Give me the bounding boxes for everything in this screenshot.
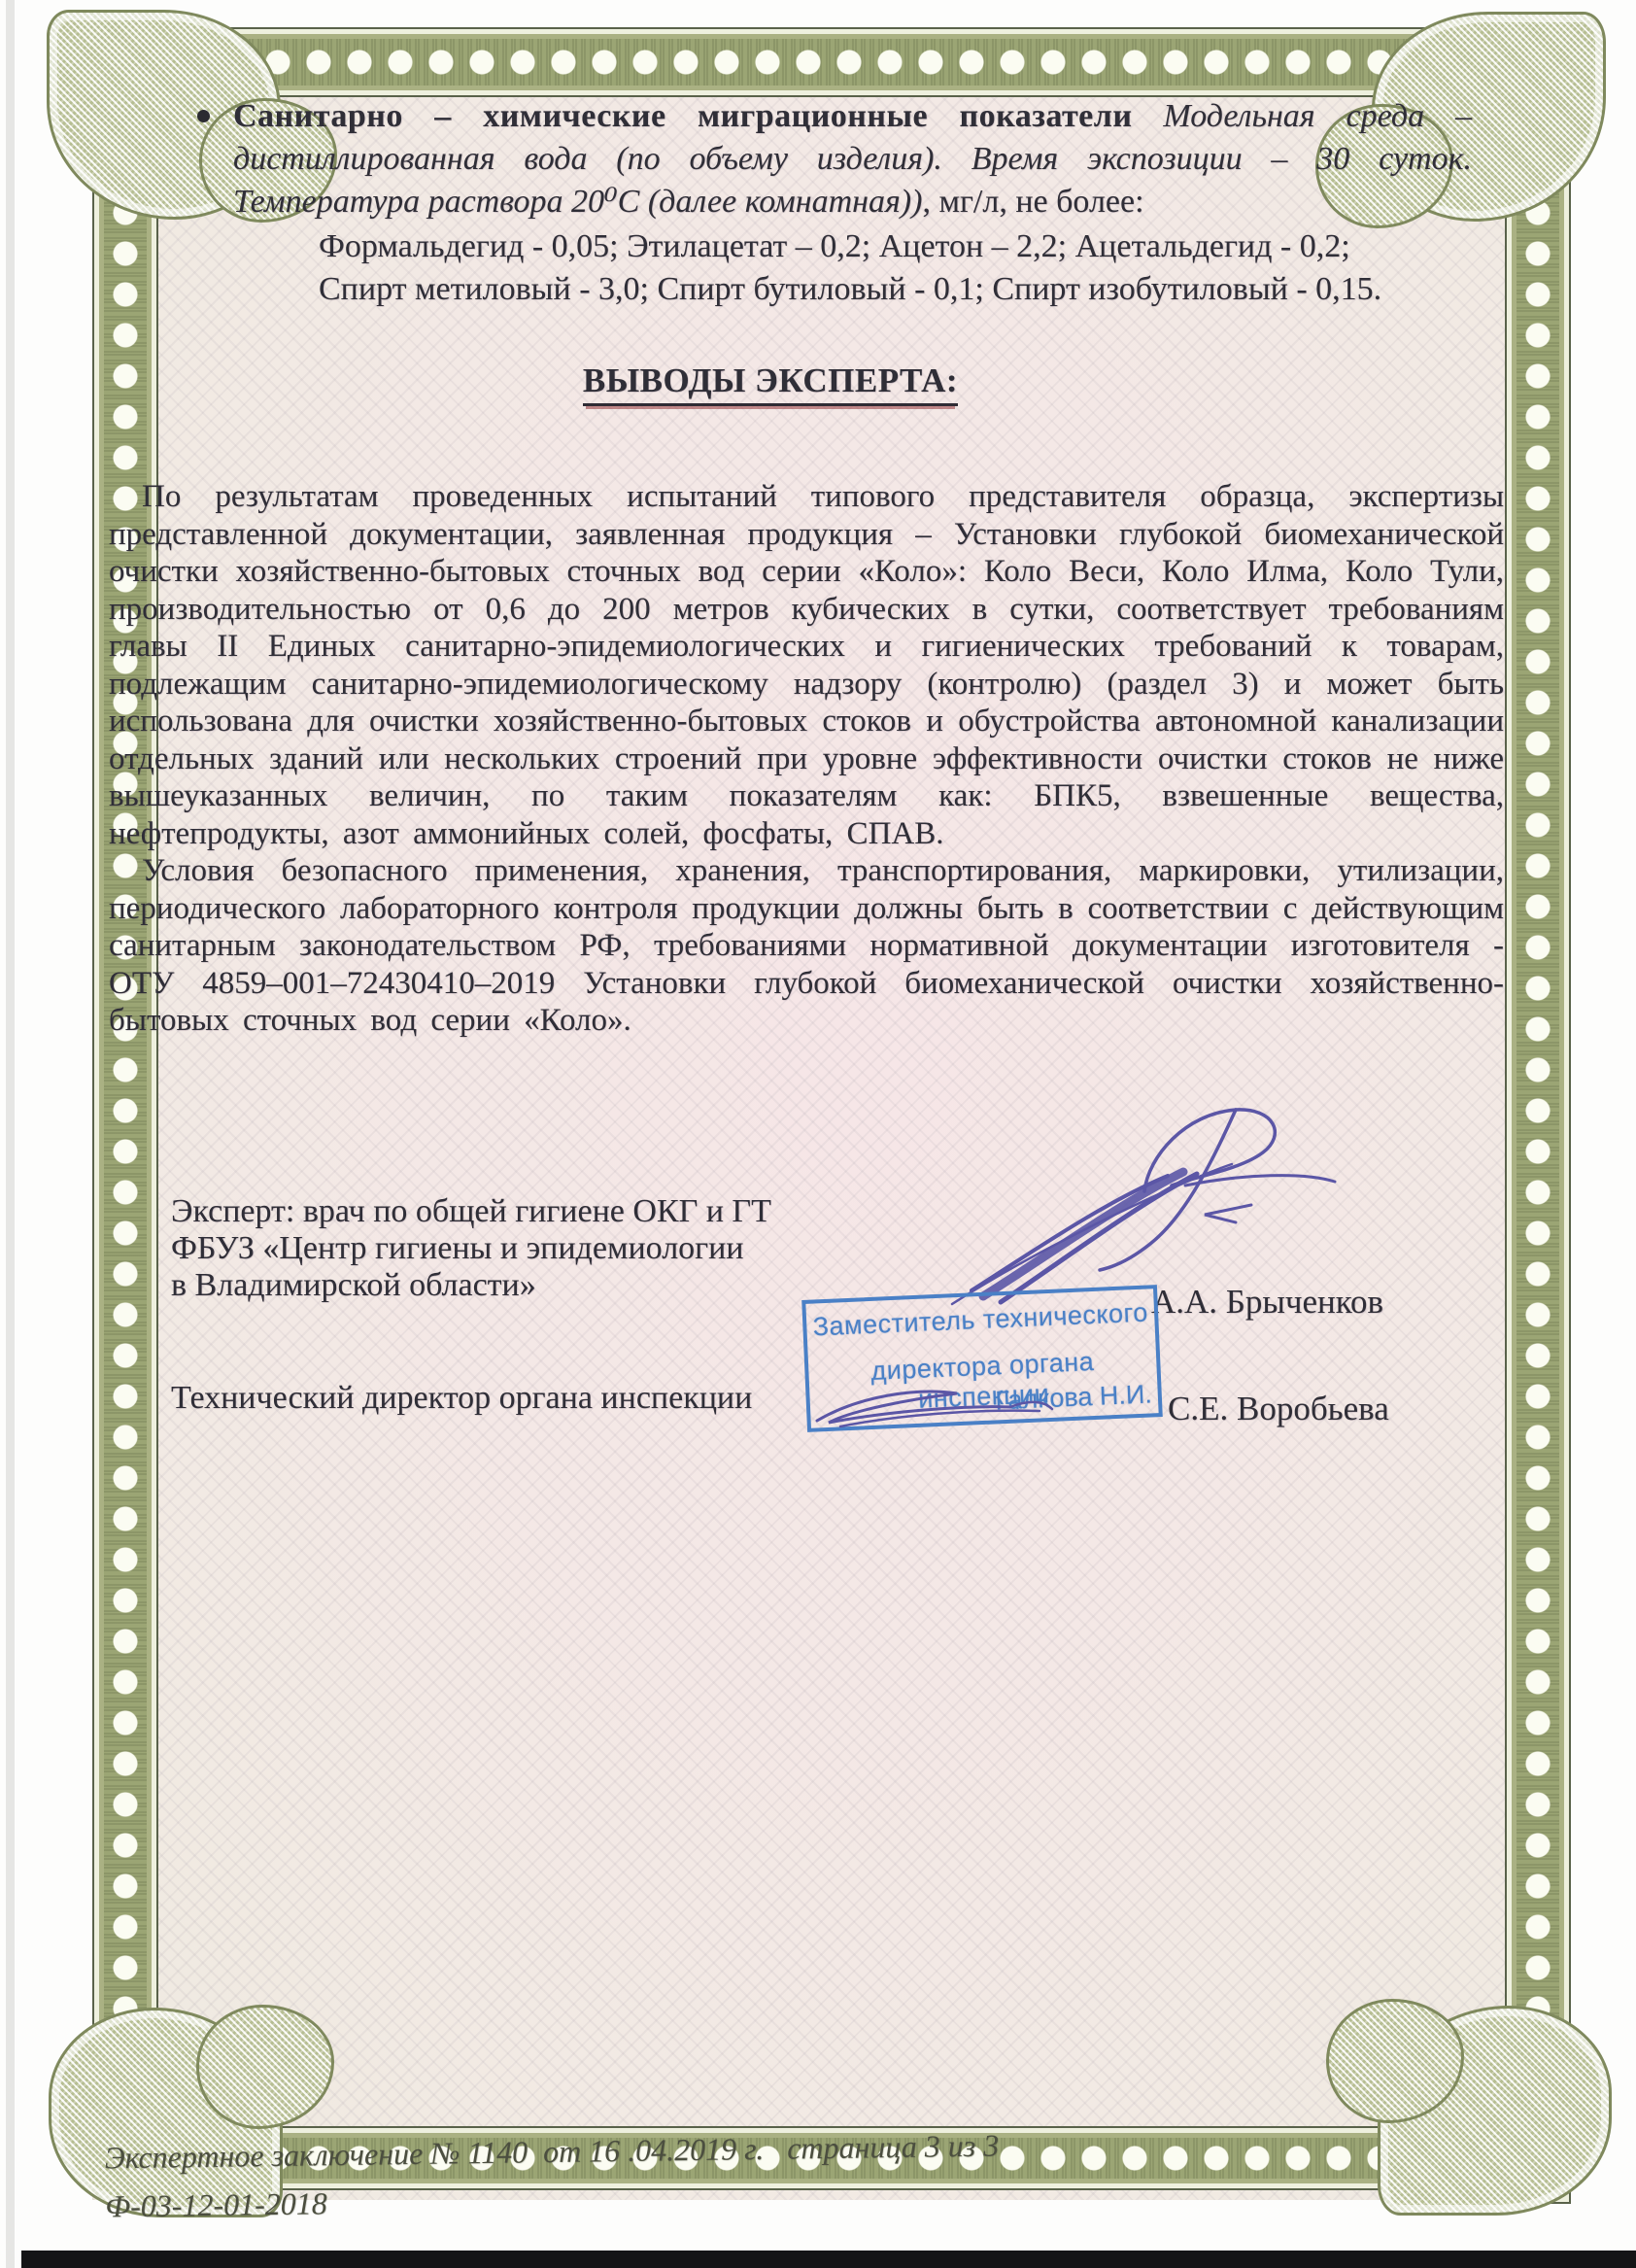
- conclusion-paragraph: Условия безопасного применения, хранения…: [109, 852, 1504, 1040]
- indicator-title: Санитарно – химические миграционные пока…: [233, 98, 1132, 134]
- technical-director-name: С.Е. Воробьева: [1168, 1390, 1389, 1428]
- indicator-units: , мг/л, не более:: [922, 184, 1143, 220]
- migration-indicators-item: Санитарно – химические миграционные пока…: [197, 95, 1472, 223]
- technical-director-role: Технический директор органа инспекции: [171, 1380, 752, 1417]
- decorative-border-top: [92, 27, 1571, 97]
- limit-values-line: Формальдегид - 0,05; Этилацетат – 0,2; А…: [319, 225, 1484, 268]
- decorative-border-right: [1505, 27, 1571, 2204]
- migration-indicators-text: Санитарно – химические миграционные пока…: [233, 95, 1472, 223]
- stamp-role-line: Заместитель технического: [806, 1297, 1155, 1343]
- expert-conclusions-heading: ВЫВОДЫ ЭКСПЕРТА:: [440, 361, 1101, 406]
- expert-role-block: Эксперт: врач по общей гигиене ОКГ и ГТ …: [171, 1193, 771, 1304]
- footer-form-code: Ф-03-12-01-2018: [105, 2177, 1000, 2225]
- limit-values-line: Спирт метиловый - 3,0; Спирт бутиловый -…: [319, 268, 1484, 311]
- scanned-document-page: Санитарно – химические миграционные пока…: [0, 0, 1636, 2268]
- deputy-signature-ink: [811, 1372, 1064, 1440]
- bullet-icon: [197, 110, 210, 122]
- conclusion-body: По результатам проведенных испытаний тип…: [109, 478, 1504, 1040]
- scan-edge-shadow: [6, 0, 15, 2268]
- scanner-dark-edge: [21, 2251, 1636, 2268]
- decorative-border-left: [92, 27, 158, 2190]
- corner-ornament-bottom-right: [1378, 2006, 1612, 2216]
- document-footer: Экспертное заключение № 1140 от 16 .04.2…: [104, 2128, 1000, 2225]
- limit-values-block: Формальдегид - 0,05; Этилацетат – 0,2; А…: [319, 225, 1484, 311]
- conclusion-paragraph: По результатам проведенных испытаний тип…: [109, 478, 1504, 852]
